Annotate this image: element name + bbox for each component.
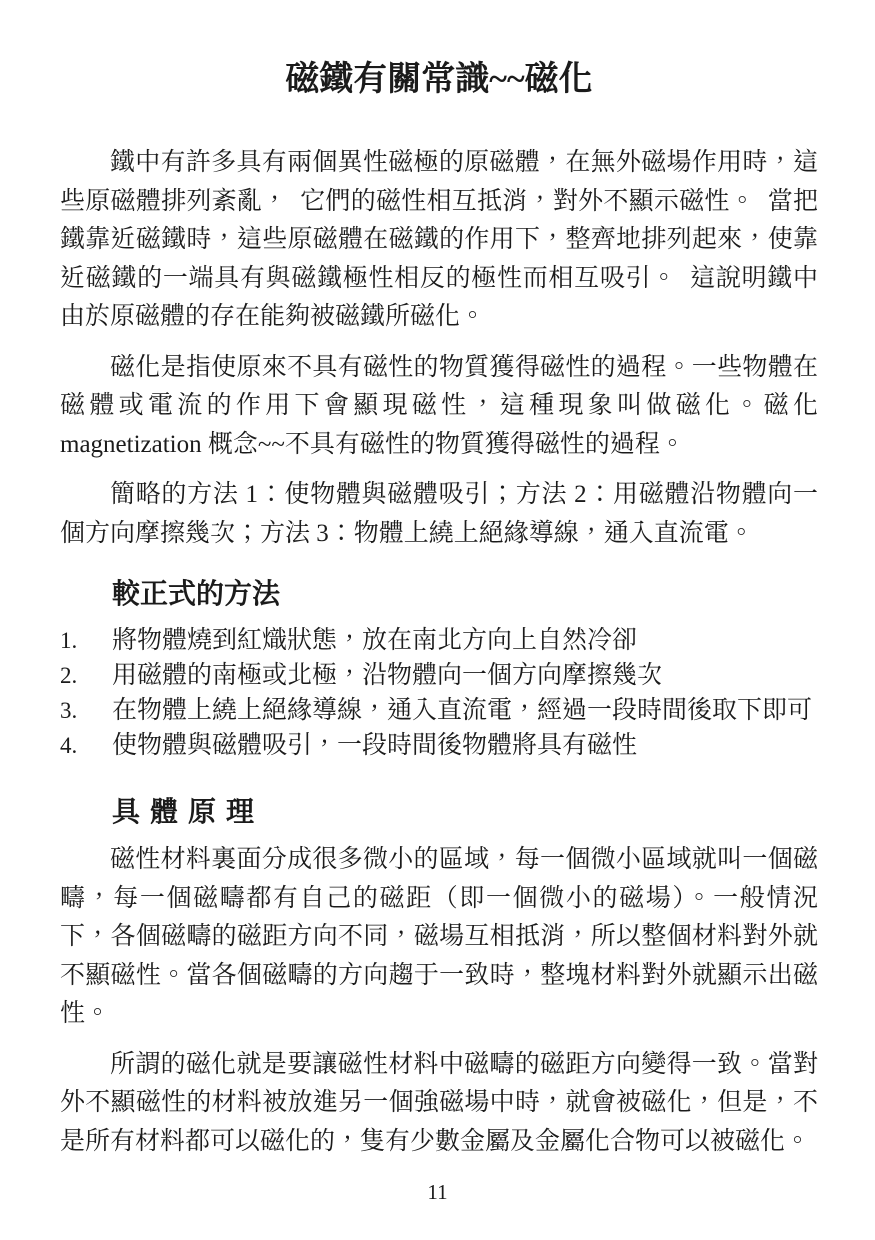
text-line: 鐵靠近磁鐵時，這些原磁體在磁鐵的作用下，整齊地排列起來，使靠 bbox=[60, 221, 818, 260]
list-item-number: 3. bbox=[60, 693, 112, 728]
text-line: 些原磁體排列紊亂， 它們的磁性相互抵消，對外不顯示磁性。 當把 bbox=[60, 183, 818, 222]
list-item-number: 1. bbox=[60, 623, 112, 658]
list-item: 4.使物體與磁體吸引，一段時間後物體將具有磁性 bbox=[60, 728, 818, 763]
list-item-text: 使物體與磁體吸引，一段時間後物體將具有磁性 bbox=[112, 728, 818, 763]
paragraph: 磁化是指使原來不具有磁性的物質獲得磁性的過程。一些物體在磁體或電流的作用下會顯現… bbox=[60, 349, 818, 465]
page-number: 11 bbox=[0, 1180, 875, 1205]
paragraph: 簡略的方法 1：使物體與磁體吸引；方法 2：用磁體沿物體向一個方向摩擦幾次；方法… bbox=[60, 476, 818, 553]
list-item-text: 用磁體的南極或北極，沿物體向一個方向摩擦幾次 bbox=[112, 658, 818, 693]
text-line: magnetization 概念~~不具有磁性的物質獲得磁性的過程。 bbox=[60, 426, 818, 465]
text-line: 由於原磁體的存在能夠被磁鐵所磁化。 bbox=[60, 298, 818, 337]
text-line: 外不顯磁性的材料被放進另一個強磁場中時，就會被磁化，但是，不 bbox=[60, 1084, 818, 1123]
ordered-list: 1.將物體燒到紅熾狀態，放在南北方向上自然冷卻2.用磁體的南極或北極，沿物體向一… bbox=[60, 623, 818, 763]
text-line: 近磁鐵的一端具有與磁鐵極性相反的極性而相互吸引。 這說明鐵中 bbox=[60, 260, 818, 299]
list-item-number: 2. bbox=[60, 658, 112, 693]
section-heading: 較正式的方法 bbox=[112, 575, 818, 615]
text-line: 是所有材料都可以磁化的，隻有少數金屬及金屬化合物可以被磁化。 bbox=[60, 1123, 818, 1162]
text-line: 磁體或電流的作用下會顯現磁性，這種現象叫做磁化。磁化 bbox=[60, 387, 818, 426]
text-line: 磁性材料裏面分成很多微小的區域，每一個微小區域就叫一個磁 bbox=[60, 841, 818, 880]
document-page: 磁鐵有關常識~~磁化鐵中有許多具有兩個異性磁極的原磁體，在無外磁場作用時，這些原… bbox=[0, 0, 875, 1240]
document-body: 磁鐵有關常識~~磁化鐵中有許多具有兩個異性磁極的原磁體，在無外磁場作用時，這些原… bbox=[0, 56, 875, 1161]
paragraph: 磁性材料裏面分成很多微小的區域，每一個微小區域就叫一個磁疇，每一個磁疇都有自己的… bbox=[60, 841, 818, 1034]
list-item: 1.將物體燒到紅熾狀態，放在南北方向上自然冷卻 bbox=[60, 623, 818, 658]
text-line: 下，各個磁疇的磁距方向不同，磁場互相抵消，所以整個材料對外就 bbox=[60, 918, 818, 957]
text-line: 所謂的磁化就是要讓磁性材料中磁疇的磁距方向變得一致。當對 bbox=[60, 1046, 818, 1085]
text-line: 磁化是指使原來不具有磁性的物質獲得磁性的過程。一些物體在 bbox=[60, 349, 818, 388]
section-heading: 具體原理 bbox=[112, 793, 818, 833]
list-item-text: 在物體上繞上絕緣導線，通入直流電，經過一段時間後取下即可 bbox=[112, 693, 818, 728]
list-item: 3.在物體上繞上絕緣導線，通入直流電，經過一段時間後取下即可 bbox=[60, 693, 818, 728]
text-line: 鐵中有許多具有兩個異性磁極的原磁體，在無外磁場作用時，這 bbox=[60, 144, 818, 183]
list-item: 2.用磁體的南極或北極，沿物體向一個方向摩擦幾次 bbox=[60, 658, 818, 693]
document-title: 磁鐵有關常識~~磁化 bbox=[60, 56, 818, 104]
text-line: 不顯磁性。當各個磁疇的方向趨于一致時，整塊材料對外就顯示出磁 bbox=[60, 957, 818, 996]
list-item-text: 將物體燒到紅熾狀態，放在南北方向上自然冷卻 bbox=[112, 623, 818, 658]
text-line: 疇，每一個磁疇都有自己的磁距（即一個微小的磁場）。一般情況 bbox=[60, 880, 818, 919]
paragraph: 所謂的磁化就是要讓磁性材料中磁疇的磁距方向變得一致。當對外不顯磁性的材料被放進另… bbox=[60, 1046, 818, 1162]
list-item-number: 4. bbox=[60, 728, 112, 763]
paragraph: 鐵中有許多具有兩個異性磁極的原磁體，在無外磁場作用時，這些原磁體排列紊亂， 它們… bbox=[60, 144, 818, 337]
text-line: 簡略的方法 1：使物體與磁體吸引；方法 2：用磁體沿物體向一 bbox=[60, 476, 818, 515]
text-line: 個方向摩擦幾次；方法 3：物體上繞上絕緣導線，通入直流電。 bbox=[60, 515, 818, 554]
text-line: 性。 bbox=[60, 995, 818, 1034]
